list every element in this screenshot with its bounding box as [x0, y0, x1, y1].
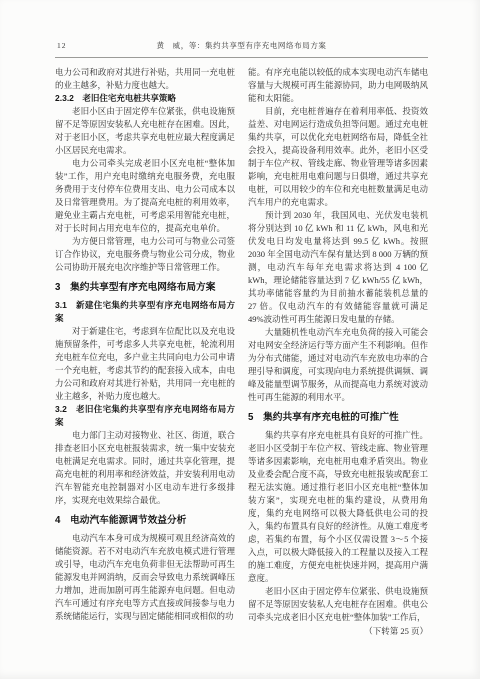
journal-page: 12 黄 威，等：集约共享型有序充电网络布局方案 电力公司和政府对其进行补贴，共… — [0, 0, 480, 679]
page-header: 12 黄 威，等：集约共享型有序充电网络布局方案 — [55, 40, 428, 52]
header-divider — [55, 57, 428, 58]
section-heading-4: 4 电动汽车能源调节效益分析 — [55, 514, 235, 527]
right-column: 能。有序充电能以较低的成本实现电动汽车储电容量与大规模可再生能源协同，助力电网吸… — [248, 66, 428, 638]
subsection-heading-3-1: 3.1 新建住宅集约共享型有序充电网络布局方案 — [55, 299, 235, 325]
section-heading-5: 5 集约共享有序充电桩的可推广性 — [248, 411, 428, 424]
paragraph-continuation: 能。有序充电能以较低的成本实现电动汽车储电容量与大规模可再生能源协同，助力电网吸… — [248, 66, 428, 105]
running-title: 黄 威，等：集约共享型有序充电网络布局方案 — [55, 40, 428, 51]
paragraph: 电力部门主动对接物业、社区、街道，联合排查老旧小区充电桩报装需求，统一集中安装充… — [55, 429, 235, 507]
subsection-heading-2-3-2: 2.3.2 老旧住宅充电桩共享策略 — [55, 92, 235, 105]
paragraph: 对于新建住宅，考虑到车位配比以及充电设施预留条件，可考虑多人共享充电桩，轮流利用… — [55, 325, 235, 403]
paragraph: 老旧小区由于固定停车位紧张、供电设施预留不足等原因安装私人充电桩存在困难。供电公… — [248, 585, 428, 624]
subsection-heading-3-2: 3.2 老旧住宅集约共享型有序充电网络布局方案 — [55, 403, 235, 429]
two-column-body: 电力公司和政府对其进行补贴，共用同一充电桩的业主越多，补贴力度也越大。 2.3.… — [55, 66, 428, 638]
paragraph: 集约共享有序充电桩具有良好的可推广性。老旧小区受制于车位产权、管线走廊、物业管理… — [248, 429, 428, 585]
paragraph: 预计到 2030 年，我国风电、光伏发电装机将分别达到 10 亿 kWh 和 1… — [248, 209, 428, 326]
left-column: 电力公司和政府对其进行补贴，共用同一充电桩的业主越多，补贴力度也越大。 2.3.… — [55, 66, 235, 638]
paragraph: 电动汽车本身可成为规模可观且经济高效的储能资源。若不对电动汽车充放电模式进行管理… — [55, 532, 235, 623]
paragraph-carryover: 电力公司和政府对其进行补贴，共用同一充电桩的业主越多，补贴力度也越大。 — [55, 66, 235, 92]
paragraph: 为方便日常管理，电力公司可与物业公司签订合作协议，充电服务费与物业公司分成，物业… — [55, 235, 235, 274]
paragraph: 电力公司牵头完成老旧小区充电桩“整体加装”工作，用户充电时缴纳充电服务费，充电服… — [55, 157, 235, 235]
section-heading-3: 3 集约共享型有序充电网络布局方案 — [55, 281, 235, 294]
paragraph: 老旧小区由于固定停车位紧张，供电设施预留不足等原因安装私人充电桩存在困难。因此，… — [55, 105, 235, 157]
paragraph: 大量随机性电动汽车充电负荷的接入可能会对电网安全经济运行等方面产生不利影响。但作… — [248, 326, 428, 404]
paragraph: 目前，充电桩普遍存在着利用率低、投资效益差、对电网运行造成负担等问题。通过充电桩… — [248, 105, 428, 209]
page-number: 12 — [57, 41, 67, 50]
continued-on-page-note: （下转第 25 页） — [248, 625, 428, 638]
